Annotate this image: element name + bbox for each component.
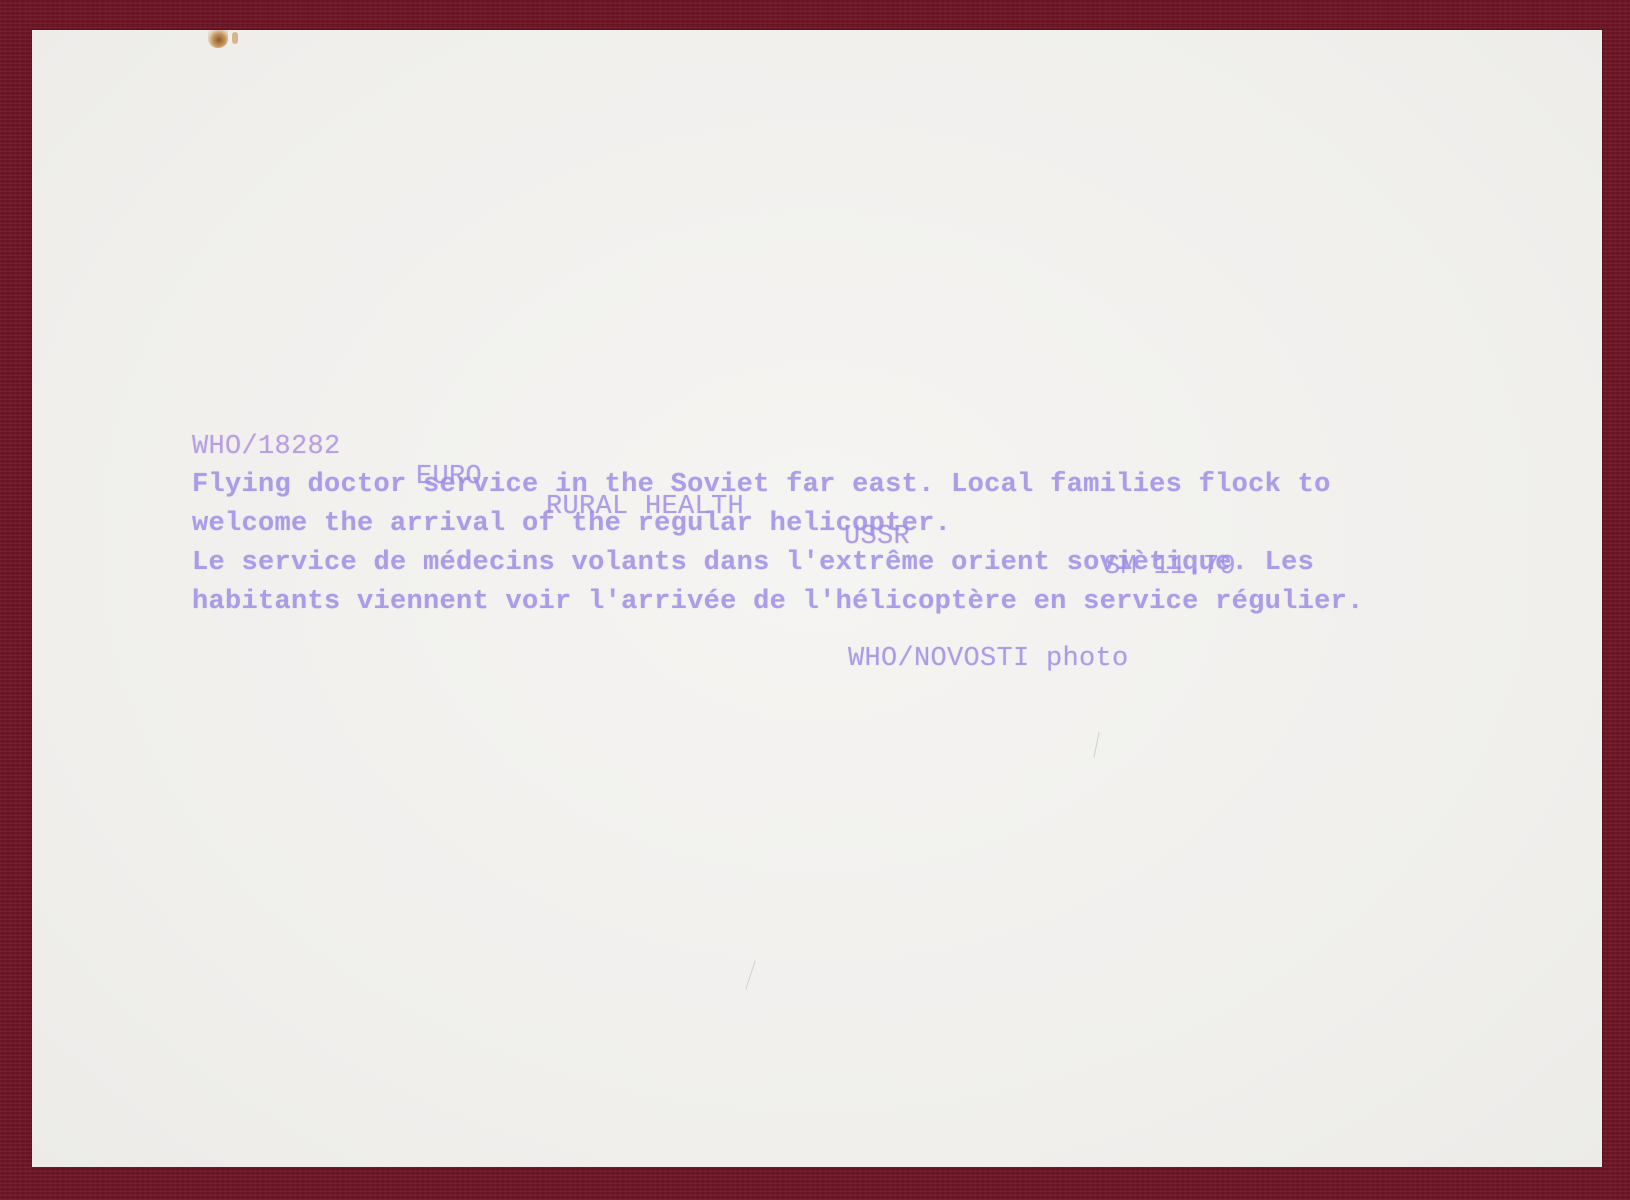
photo-id: WHO/18282 [192, 432, 341, 462]
paper-scratch [745, 961, 755, 990]
caption-french-line: habitants viennent voir l'arrivée de l'h… [192, 587, 1364, 617]
caption-english-line: welcome the arrival of the regular helic… [192, 509, 951, 539]
stain-mark [208, 30, 228, 48]
paper-scratch [1093, 732, 1099, 758]
caption-header: WHO/18282 EURO RURAL HEALTH USSR SM 11.7… [32, 402, 98, 612]
photo-credit: WHO/NOVOSTI photo [848, 644, 1129, 674]
caption-english-line: Flying doctor service in the Soviet far … [192, 470, 1331, 500]
caption-french-line: Le service de médecins volants dans l'ex… [192, 548, 1314, 578]
stain-mark [232, 32, 238, 44]
photo-card-back: WHO/18282 EURO RURAL HEALTH USSR SM 11.7… [32, 30, 1602, 1167]
